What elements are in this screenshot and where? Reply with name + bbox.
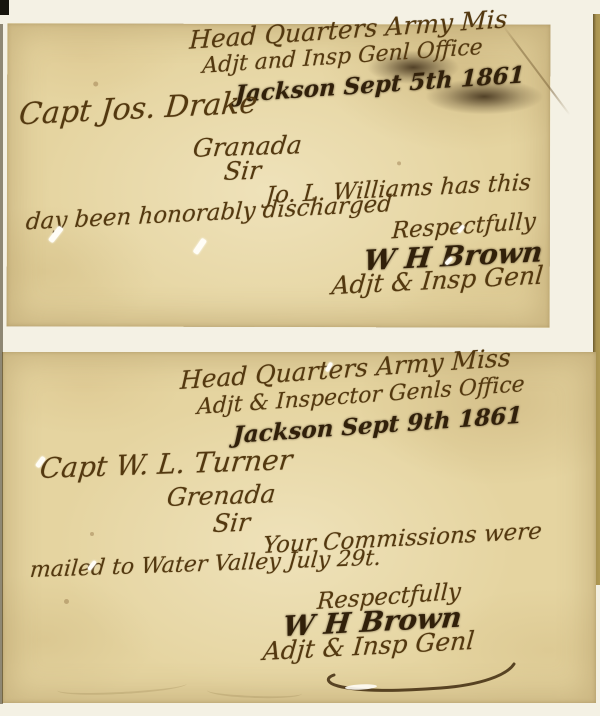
salutation: Sir xyxy=(211,508,251,538)
salutation: Sir xyxy=(222,156,262,186)
album-page: { "page": { "description": "Two handwrit… xyxy=(0,0,600,716)
addressee: Capt Jos. Drake xyxy=(18,85,259,132)
addressee: Capt W. L. Turner xyxy=(38,443,294,485)
page-left-edge xyxy=(0,24,3,704)
paper-stain xyxy=(90,532,94,536)
body-line-2: mailed to Water Valley July 29t. xyxy=(29,546,382,583)
paper-stain xyxy=(93,82,98,87)
addressee-place: Grenada xyxy=(165,479,277,512)
signature-flourish xyxy=(319,662,524,696)
paper-stain xyxy=(64,599,69,604)
ghost-writing xyxy=(207,684,302,699)
body-line-2: day been honorably discharged xyxy=(25,191,393,235)
letter-bottom: Head Quarters Army Miss Adjt & Inspector… xyxy=(2,352,596,703)
letter-top: Head Quarters Army Mis Adjt and Insp Gen… xyxy=(7,23,551,327)
paper-stain xyxy=(397,161,401,165)
ink-glint xyxy=(193,238,208,255)
ghost-writing xyxy=(57,677,188,698)
photo-corner-mark xyxy=(0,0,9,15)
